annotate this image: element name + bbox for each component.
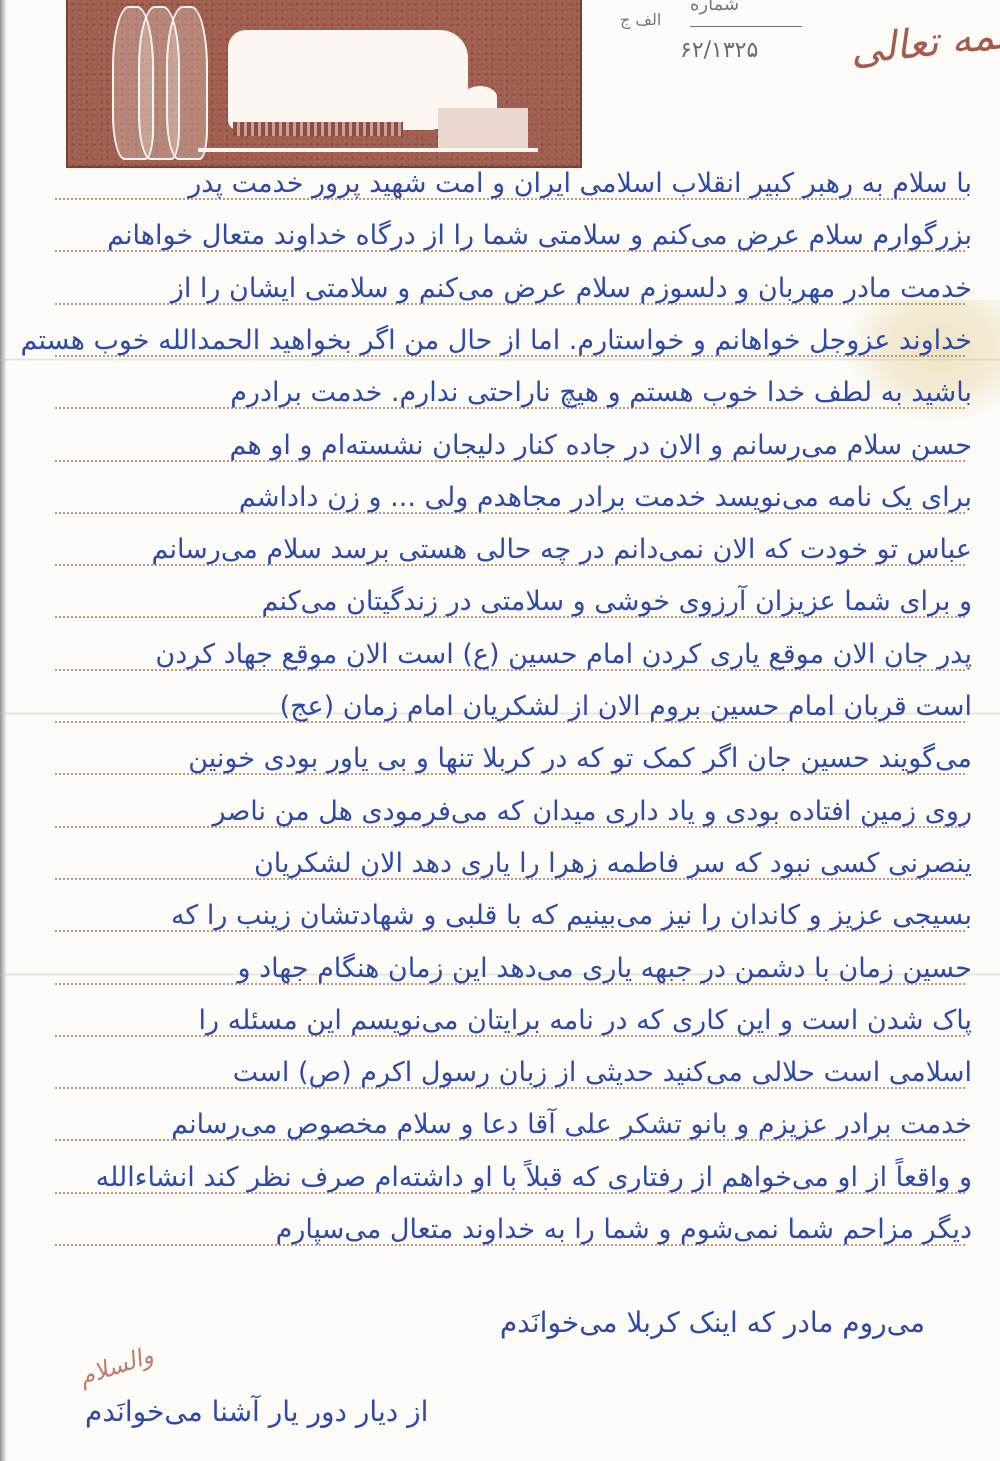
reference-label: شماره <box>690 0 739 15</box>
signoff: والسلام <box>76 1341 157 1391</box>
ground-line <box>198 148 538 152</box>
figure-silhouette <box>166 6 208 160</box>
letter-line: ینصرنی کسی نبود که سر فاطمه زهرا را یاری… <box>42 848 972 879</box>
closing-line: می‌روم مادر که اینک کربلا می‌خوانَدم <box>500 1306 925 1339</box>
letter-line: دیگر مزاحم شما نمی‌شوم و شما را به خداون… <box>42 1214 972 1245</box>
letter-line: حسن سلام می‌رسانم و الان در جاده کنار دل… <box>42 430 972 461</box>
scan-edge <box>0 0 6 1461</box>
letter-page: بسمه تعالی شماره الف ج ۶۲/۱۳۲۵ با سلام ب… <box>0 0 1000 1461</box>
letter-line: روی زمین افتاده بودی و یاد داری میدان که… <box>42 796 972 827</box>
letter-line: خدمت مادر مهربان و دلسوزم سلام عرض می‌کن… <box>42 273 972 304</box>
dove-shape <box>353 64 397 102</box>
paper-fold <box>0 358 1000 361</box>
letter-line: می‌گویند حسین جان اگر کمک تو که در کربلا… <box>42 743 972 774</box>
letter-line: بسیجی عزیز و کاندان را نیز می‌بینیم که ب… <box>42 900 972 931</box>
letter-line: و واقعاً از او می‌خواهم از رفتاری که قبل… <box>42 1162 972 1193</box>
mosque-building <box>438 108 528 148</box>
letter-line: بزرگوارم سلام عرض می‌کنم و سلامتی شما را… <box>42 220 972 251</box>
reference-code: الف ج <box>620 10 661 29</box>
letter-line: با سلام به رهبر کبیر انقلاب اسلامی ایران… <box>42 168 972 199</box>
letterhead-image <box>66 0 582 168</box>
letter-line: باشید به لطف خدا خوب هستم و هیچ ناراحتی … <box>42 377 972 408</box>
letter-line: اسلامی است حلالی می‌کنید حدیثی از زبان ر… <box>42 1057 972 1088</box>
letter-line: عباس تو خودت که الان نمی‌دانم در چه حالی… <box>42 534 972 565</box>
letter-line: پدر جان الان موقع یاری کردن امام حسین (ع… <box>42 639 972 670</box>
letter-line: خداوند عزوجل خواهانم و خواستارم. اما از … <box>42 325 972 356</box>
letter-line: حسین زمان با دشمن در جبهه یاری می‌دهد ای… <box>42 953 972 984</box>
reference-number: ۶۲/۱۳۲۵ <box>680 38 758 63</box>
letter-line: خدمت برادر عزیزم و بانو تشکر علی آقا دعا… <box>42 1109 972 1140</box>
letter-line: و برای شما عزیزان آرزوی خوشی و سلامتی در… <box>42 586 972 617</box>
city-skyline <box>233 122 403 136</box>
letter-heading: بسمه تعالی <box>848 8 1000 74</box>
letterhead-banner <box>228 30 468 130</box>
closing-line: از دیار دور یار آشنا می‌خوانَدم <box>85 1395 428 1428</box>
letter-line: پاک شدن است و این کاری که در نامه برایتا… <box>42 1005 972 1036</box>
letter-line: است قربان امام حسین بروم الان از لشکریان… <box>42 691 972 722</box>
reference-divider <box>690 26 802 27</box>
dome-of-rock-icon <box>463 86 497 108</box>
letter-line: برای یک نامه می‌نویسد خدمت برادر مجاهدم … <box>42 482 972 513</box>
